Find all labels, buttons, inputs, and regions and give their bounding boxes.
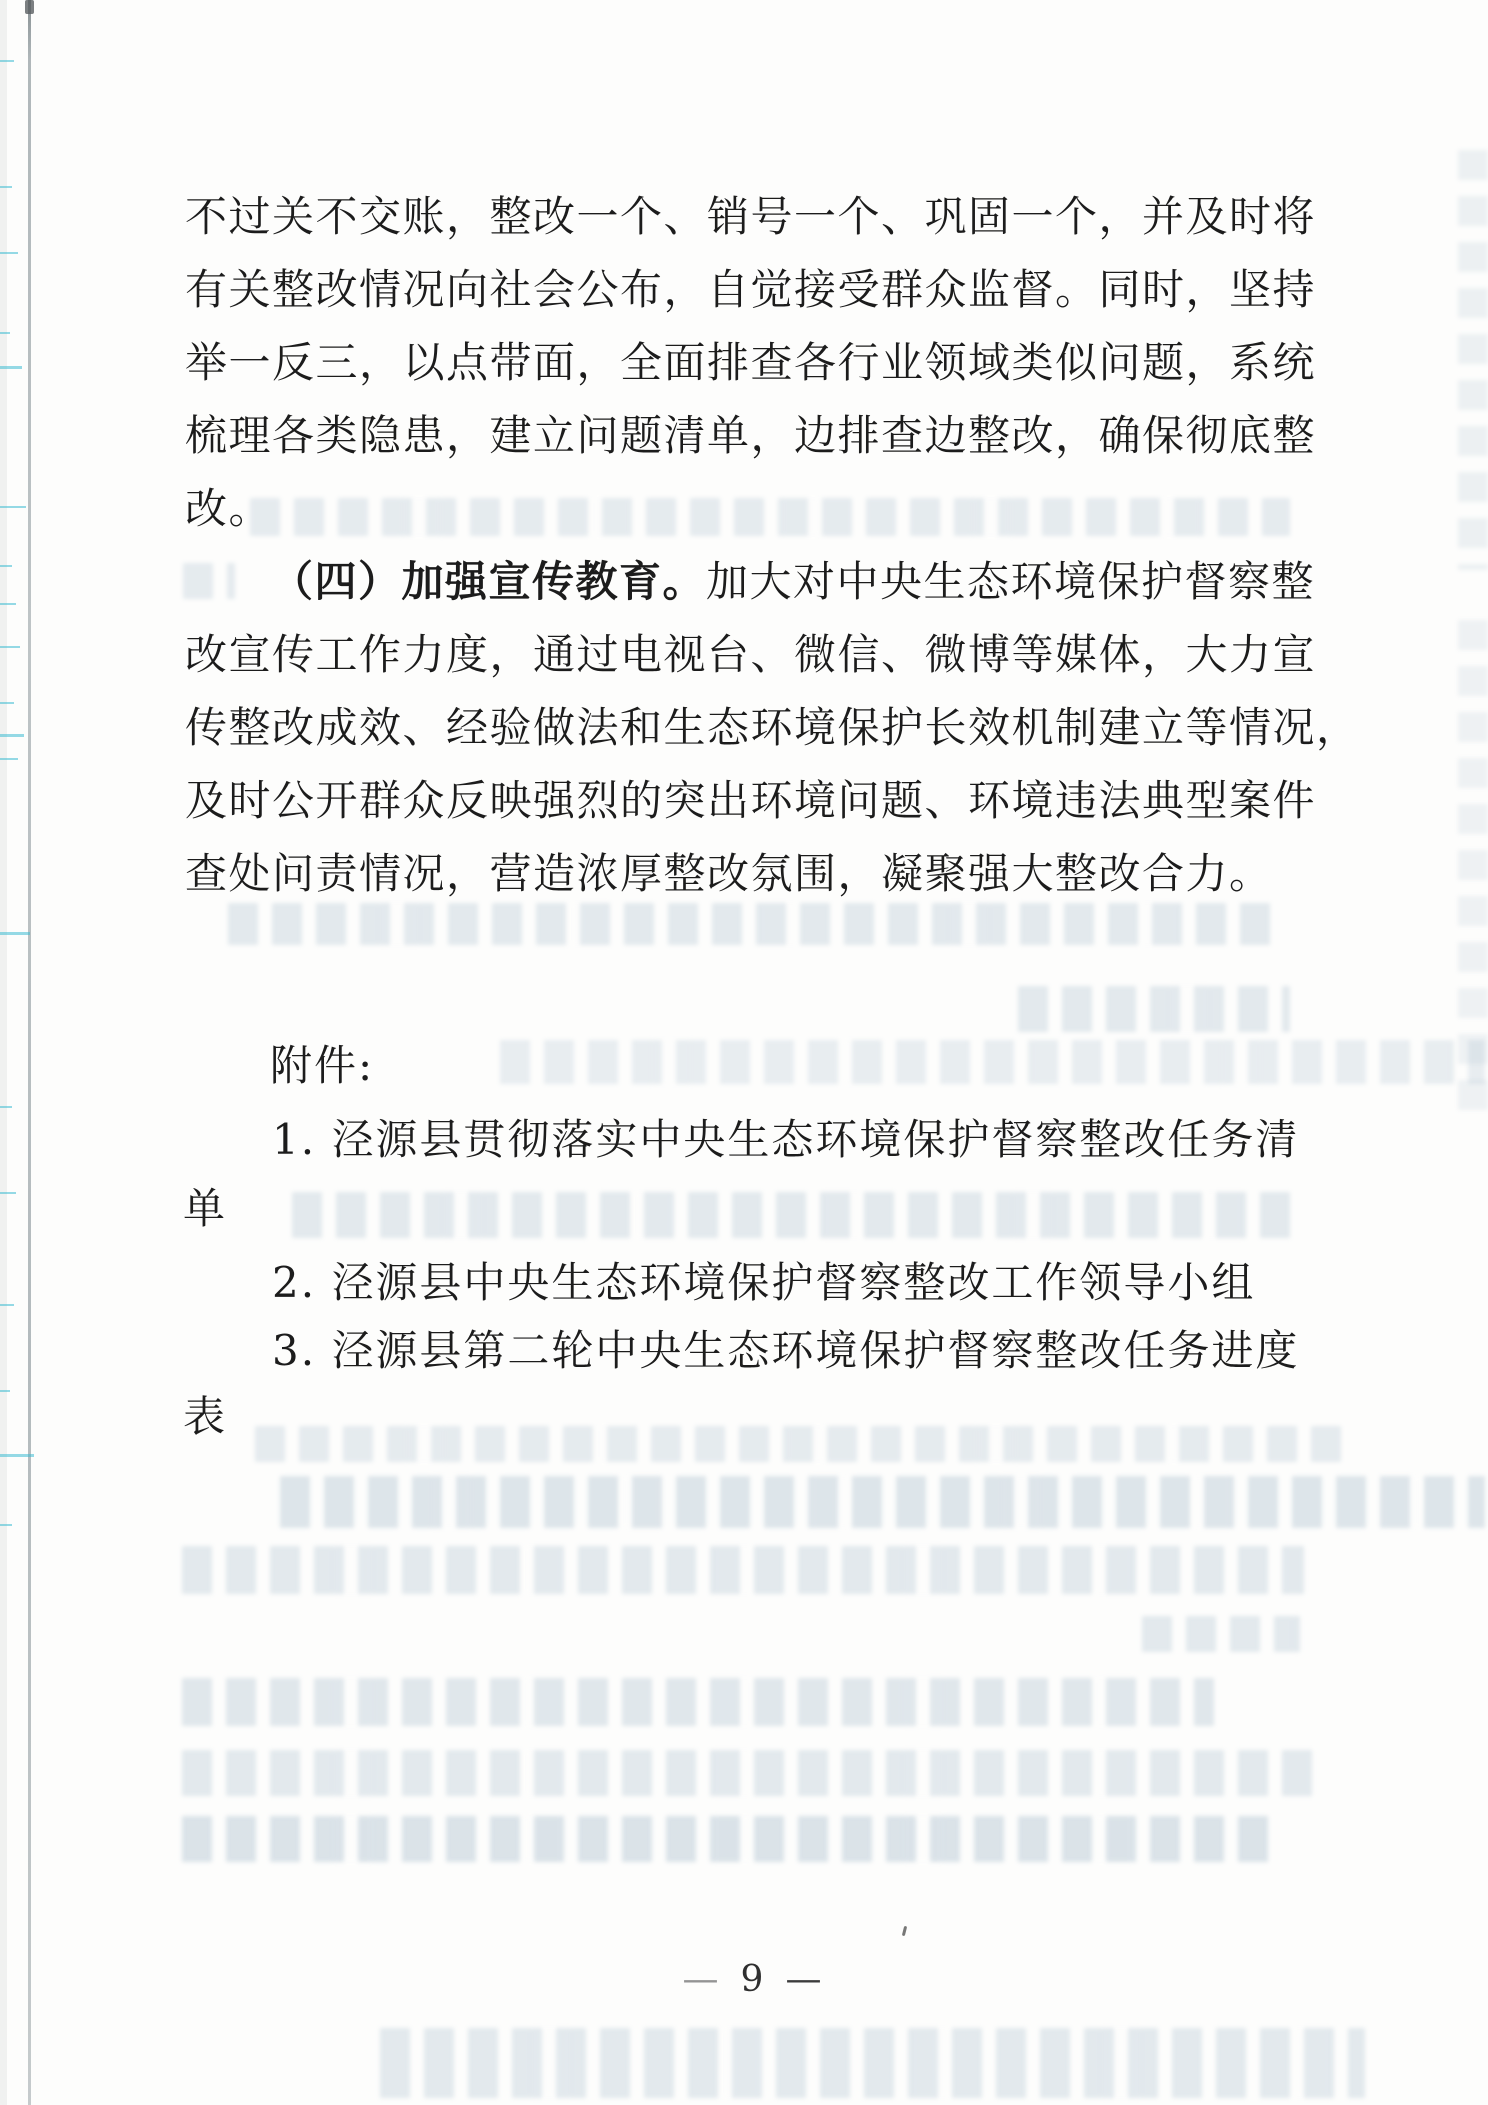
attachment-item-2: 2. 泾源县中央生态环境保护督察整改工作领导小组	[272, 1247, 1255, 1319]
document-body: 不过关不交账，整改一个、销号一个、巩固一个，并及时将 有关整改情况向社会公布，自…	[185, 180, 1315, 910]
scan-edge-tick	[0, 1524, 12, 1526]
attachment-item-3-line-2: 表	[183, 1381, 227, 1453]
section-heading-rest: 加大对中央生态环境保护督察整	[706, 557, 1315, 606]
scan-edge-tick	[0, 1106, 12, 1108]
scan-edge-mark	[25, 0, 34, 14]
body-line: 举一反三，以点带面，全面排查各行业领域类似问题，系统	[185, 326, 1315, 399]
bleed-through-text	[1458, 150, 1488, 570]
body-line: 不过关不交账，整改一个、销号一个、巩固一个，并及时将	[185, 180, 1315, 253]
bleed-through-text	[182, 1678, 1214, 1726]
ink-speck	[902, 1926, 907, 1936]
scan-edge-shadow	[0, 0, 7, 2105]
scan-edge-tick	[0, 252, 18, 254]
page-number-dash-left: —	[683, 1959, 719, 2000]
bleed-through-text	[250, 498, 1290, 536]
body-line: 传整改成效、经验做法和生态环境保护长效机制建立等情况，	[185, 691, 1315, 764]
bleed-through-text	[183, 563, 235, 599]
bleed-through-text	[182, 1750, 1314, 1796]
scan-edge-tick	[0, 1454, 34, 1457]
scan-edge-tick	[0, 565, 12, 567]
body-line: 查处问责情况，营造浓厚整改氛围，凝聚强大整改合力。	[185, 837, 1315, 910]
scan-edge-tick	[0, 646, 20, 648]
bleed-through-text	[1142, 1616, 1300, 1652]
scan-edge-tick	[0, 186, 12, 188]
page-number: —9—	[683, 1958, 822, 2002]
scan-edge-tick	[0, 366, 22, 369]
attachments-label: 附件:	[270, 1030, 374, 1102]
scan-edge-tick	[0, 702, 14, 704]
scan-edge-tick	[0, 60, 14, 62]
bleed-through-text	[182, 1546, 1304, 1594]
bleed-through-text	[1458, 620, 1488, 1120]
bleed-through-text	[228, 903, 1273, 945]
scan-edge-tick	[0, 1192, 16, 1194]
bleed-through-text	[255, 1426, 1350, 1462]
scan-edge-line	[28, 0, 31, 2105]
scanned-document-page: 不过关不交账，整改一个、销号一个、巩固一个，并及时将 有关整改情况向社会公布，自…	[0, 0, 1488, 2105]
bleed-through-text	[500, 1040, 1485, 1084]
page-number-dash-right: —	[785, 1959, 821, 2000]
attachment-item-1-line-2: 单	[183, 1173, 227, 1245]
scan-edge-tick	[0, 603, 16, 605]
attachment-item-3-line-1: 3. 泾源县第二轮中央生态环境保护督察整改任务进度	[272, 1315, 1299, 1387]
scan-edge-tick	[0, 506, 26, 508]
scan-edge-tick	[0, 734, 24, 737]
body-line-section-heading: （四）加强宣传教育。加大对中央生态环境保护督察整	[185, 545, 1315, 618]
scan-edge-tick	[0, 1304, 14, 1306]
body-line: 改宣传工作力度，通过电视台、微信、微博等媒体，大力宣	[185, 618, 1315, 691]
scan-edge-tick	[0, 1390, 10, 1392]
bleed-through-text	[280, 1476, 1485, 1528]
section-heading-bold: （四）加强宣传教育。	[271, 557, 706, 606]
bleed-through-text	[182, 1816, 1274, 1862]
bleed-through-text	[1018, 986, 1290, 1032]
scan-edge-tick	[0, 932, 30, 935]
page-number-value: 9	[741, 1959, 764, 2000]
body-line: 有关整改情况向社会公布，自觉接受群众监督。同时，坚持	[185, 253, 1315, 326]
body-line: 梳理各类隐患，建立问题清单，边排查边整改，确保彻底整	[185, 399, 1315, 472]
attachment-item-1-line-1: 1. 泾源县贯彻落实中央生态环境保护督察整改任务清	[272, 1104, 1299, 1176]
bleed-through-text	[380, 2028, 1365, 2098]
bleed-through-text	[292, 1192, 1292, 1238]
scan-edge-tick	[0, 332, 10, 334]
body-line: 及时公开群众反映强烈的突出环境问题、环境违法典型案件	[185, 764, 1315, 837]
scan-edge-tick	[0, 758, 18, 760]
